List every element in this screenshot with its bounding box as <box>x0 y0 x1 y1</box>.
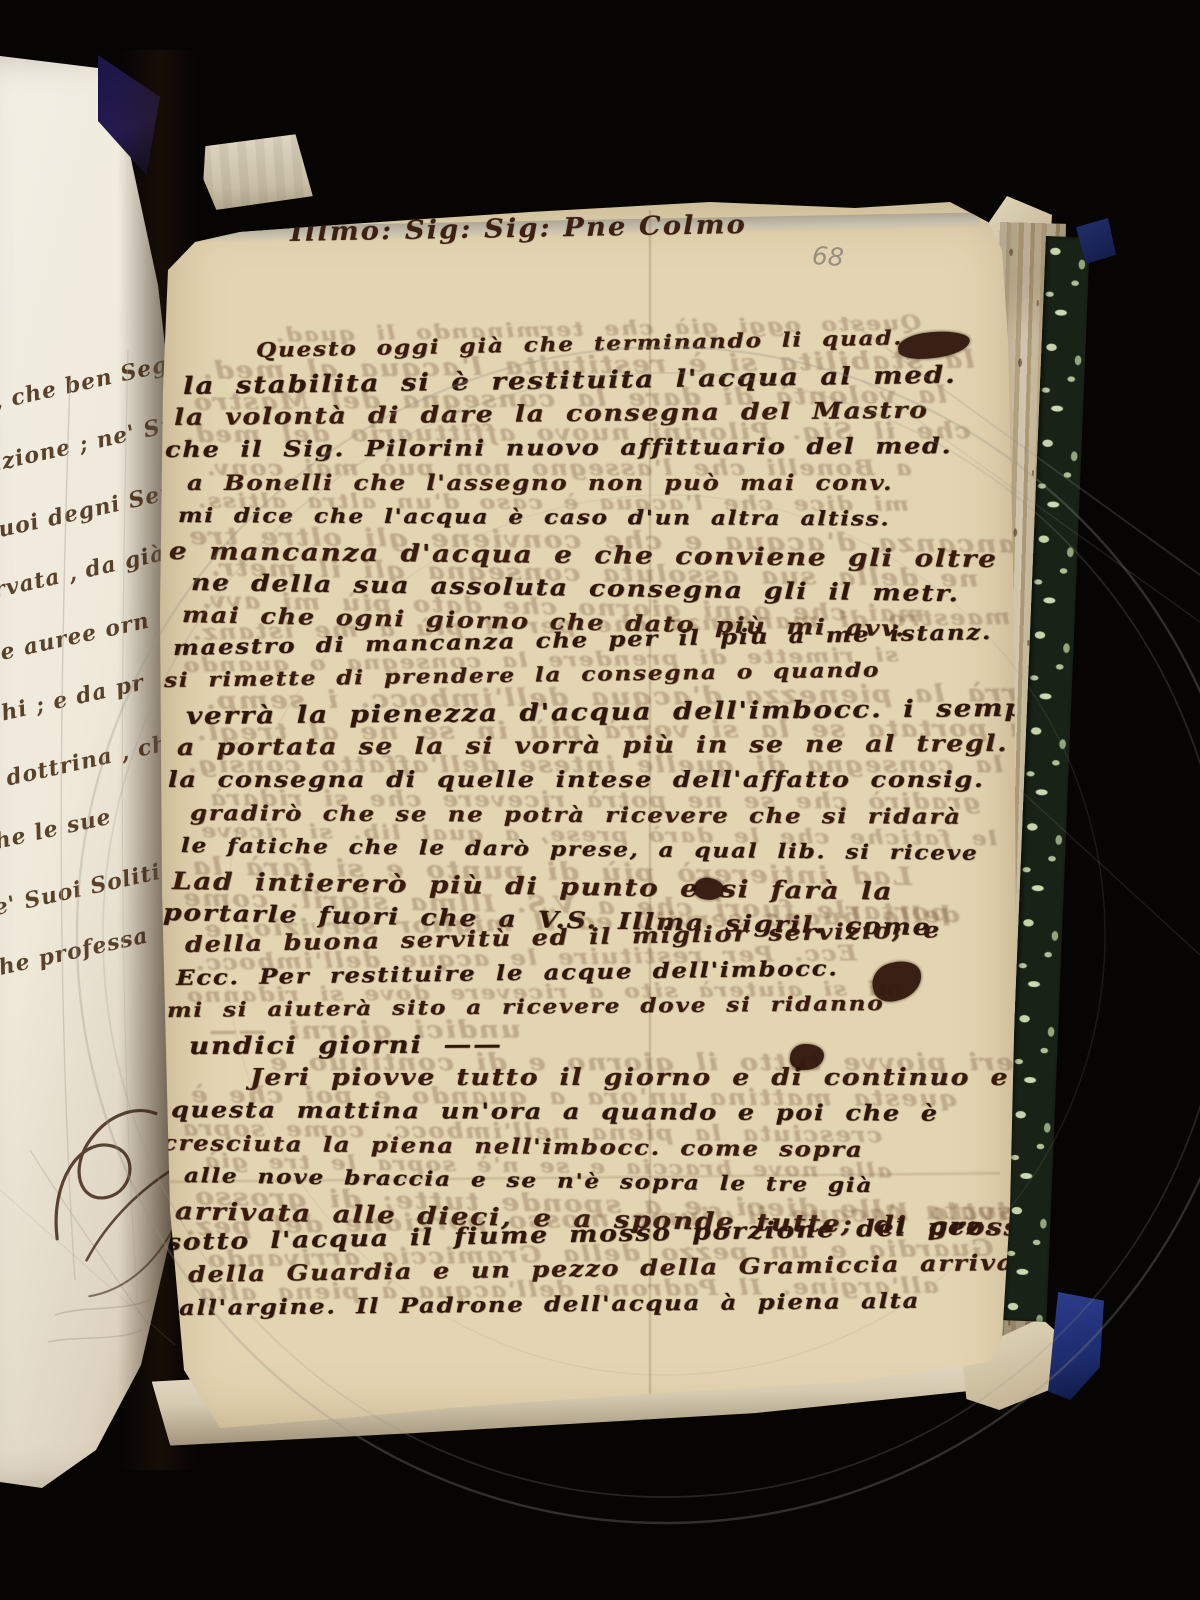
page-number: 68 <box>811 241 845 272</box>
salutation-line: Illmo: Sig: Sig: Pne Colmo <box>290 210 747 248</box>
paper-tab <box>201 133 314 210</box>
manuscript-page: Illmo: Sig: Sig: Pne Colmo 68 Questo ogg… <box>150 190 1030 1440</box>
cover-cloth-bottom <box>1048 1292 1104 1400</box>
manuscript-line: all'argine. Il Padrone dell'acqua à pien… <box>179 1288 920 1320</box>
manuscript-photo: d , che ben Segrd , che ben Segrigazione… <box>0 0 1200 1600</box>
